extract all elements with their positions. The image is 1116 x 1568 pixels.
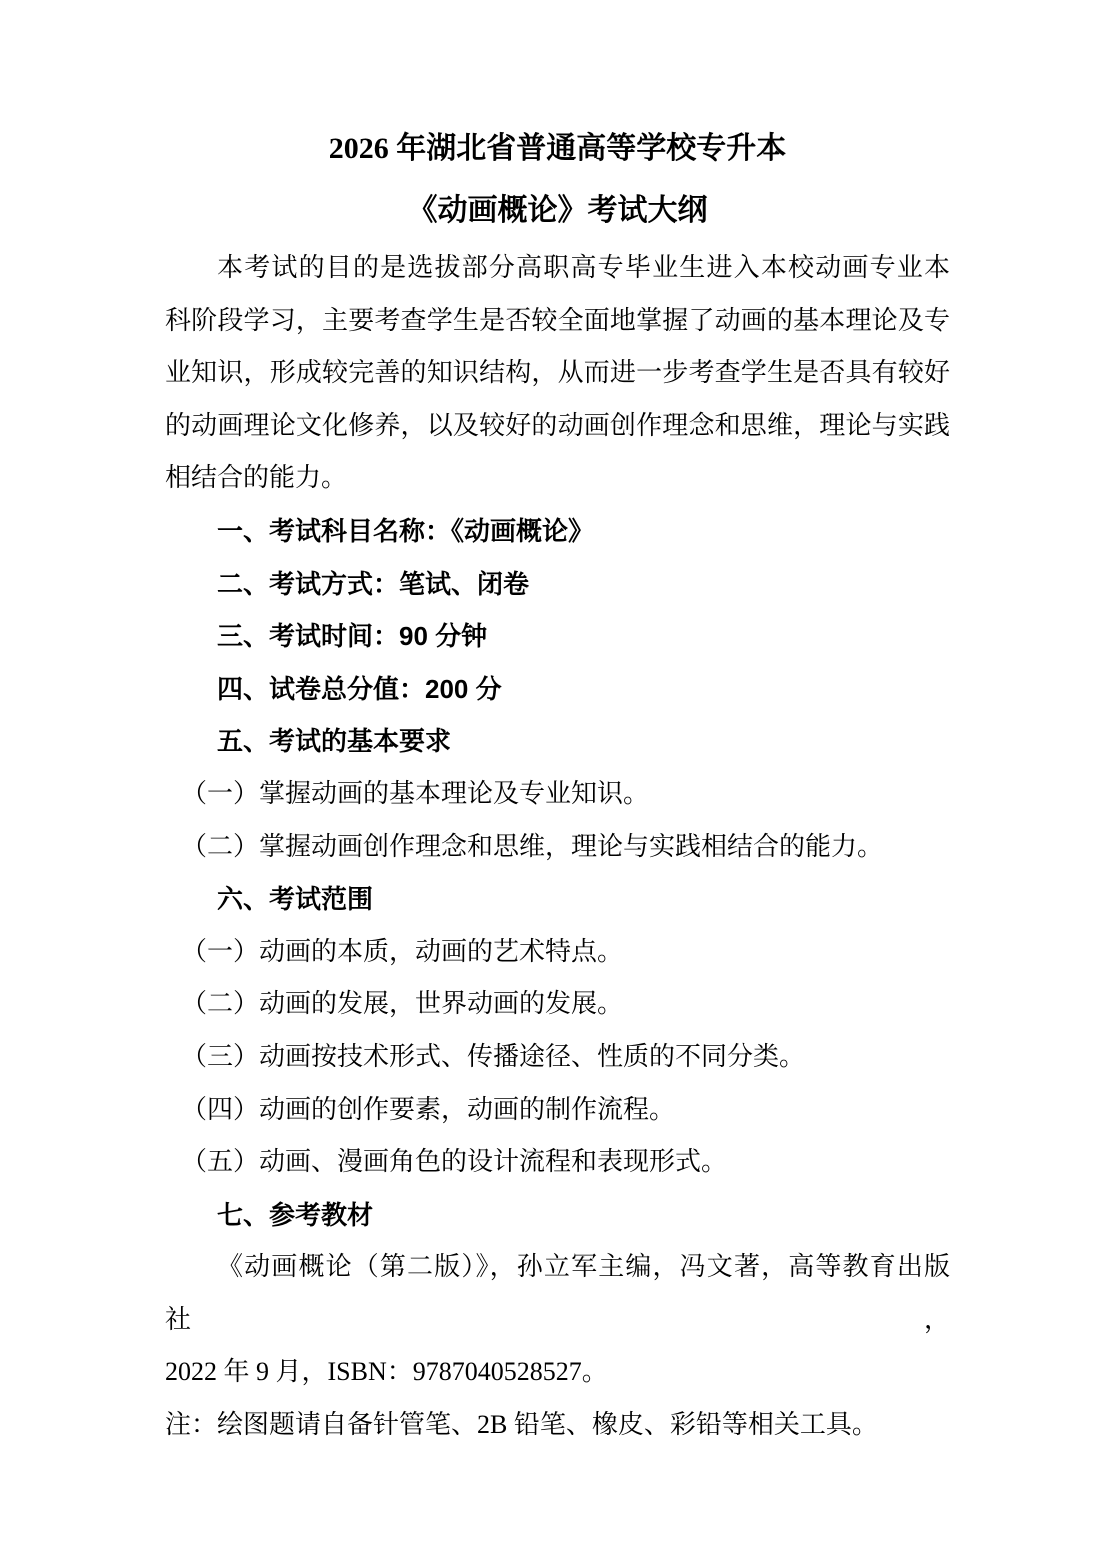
item-exam-total-score: 四、试卷总分值：200 分 [165, 663, 950, 716]
intro-line: 科阶段学习，主要考查学生是否较全面地掌握了动画的基本理论及专 [165, 295, 950, 348]
scope-item: （五）动画、漫画角色的设计流程和表现形式。 [165, 1136, 950, 1189]
reference-line: 2022 年 9 月，ISBN：9787040528527。 [165, 1346, 950, 1399]
scope-item: （二）动画的发展，世界动画的发展。 [165, 978, 950, 1031]
scope-item: （一）动画的本质，动画的艺术特点。 [165, 926, 950, 979]
intro-line: 业知识，形成较完善的知识结构，从而进一步考查学生是否具有较好 [165, 347, 950, 400]
intro-line: 相结合的能力。 [165, 452, 950, 505]
heading-basic-requirements: 五、考试的基本要求 [165, 715, 950, 768]
reference-line: 《动画概论（第二版）》，孙立军主编，冯文著，高等教育出版社， [165, 1241, 950, 1346]
note-line: 注：绘图题请自备针管笔、2B 铅笔、橡皮、彩铅等相关工具。 [165, 1399, 950, 1452]
heading-exam-scope: 六、考试范围 [165, 873, 950, 926]
scope-item: （三）动画按技术形式、传播途径、性质的不同分类。 [165, 1031, 950, 1084]
intro-line: 的动画理论文化修养，以及较好的动画创作理念和思维，理论与实践 [165, 400, 950, 453]
item-exam-duration: 三、考试时间：90 分钟 [165, 610, 950, 663]
item-exam-subject: 一、考试科目名称：《动画概论》 [165, 505, 950, 558]
doc-title-line-1: 2026 年湖北省普通高等学校专升本 [165, 118, 950, 180]
intro-line: 本考试的目的是选拔部分高职高专毕业生进入本校动画专业本 [165, 242, 950, 295]
heading-reference-material: 七、参考教材 [165, 1189, 950, 1242]
item-exam-format: 二、考试方式：笔试、闭卷 [165, 558, 950, 611]
document-content: 2026 年湖北省普通高等学校专升本 《动画概论》考试大纲 本考试的目的是选拔部… [165, 118, 950, 1452]
requirement-item: （二）掌握动画创作理念和思维，理论与实践相结合的能力。 [165, 821, 950, 874]
requirement-item: （一）掌握动画的基本理论及专业知识。 [165, 768, 950, 821]
doc-title-line-2: 《动画概论》考试大纲 [165, 180, 950, 242]
document-page: 2026 年湖北省普通高等学校专升本 《动画概论》考试大纲 本考试的目的是选拔部… [0, 0, 1116, 1568]
scope-item: （四）动画的创作要素，动画的制作流程。 [165, 1084, 950, 1137]
